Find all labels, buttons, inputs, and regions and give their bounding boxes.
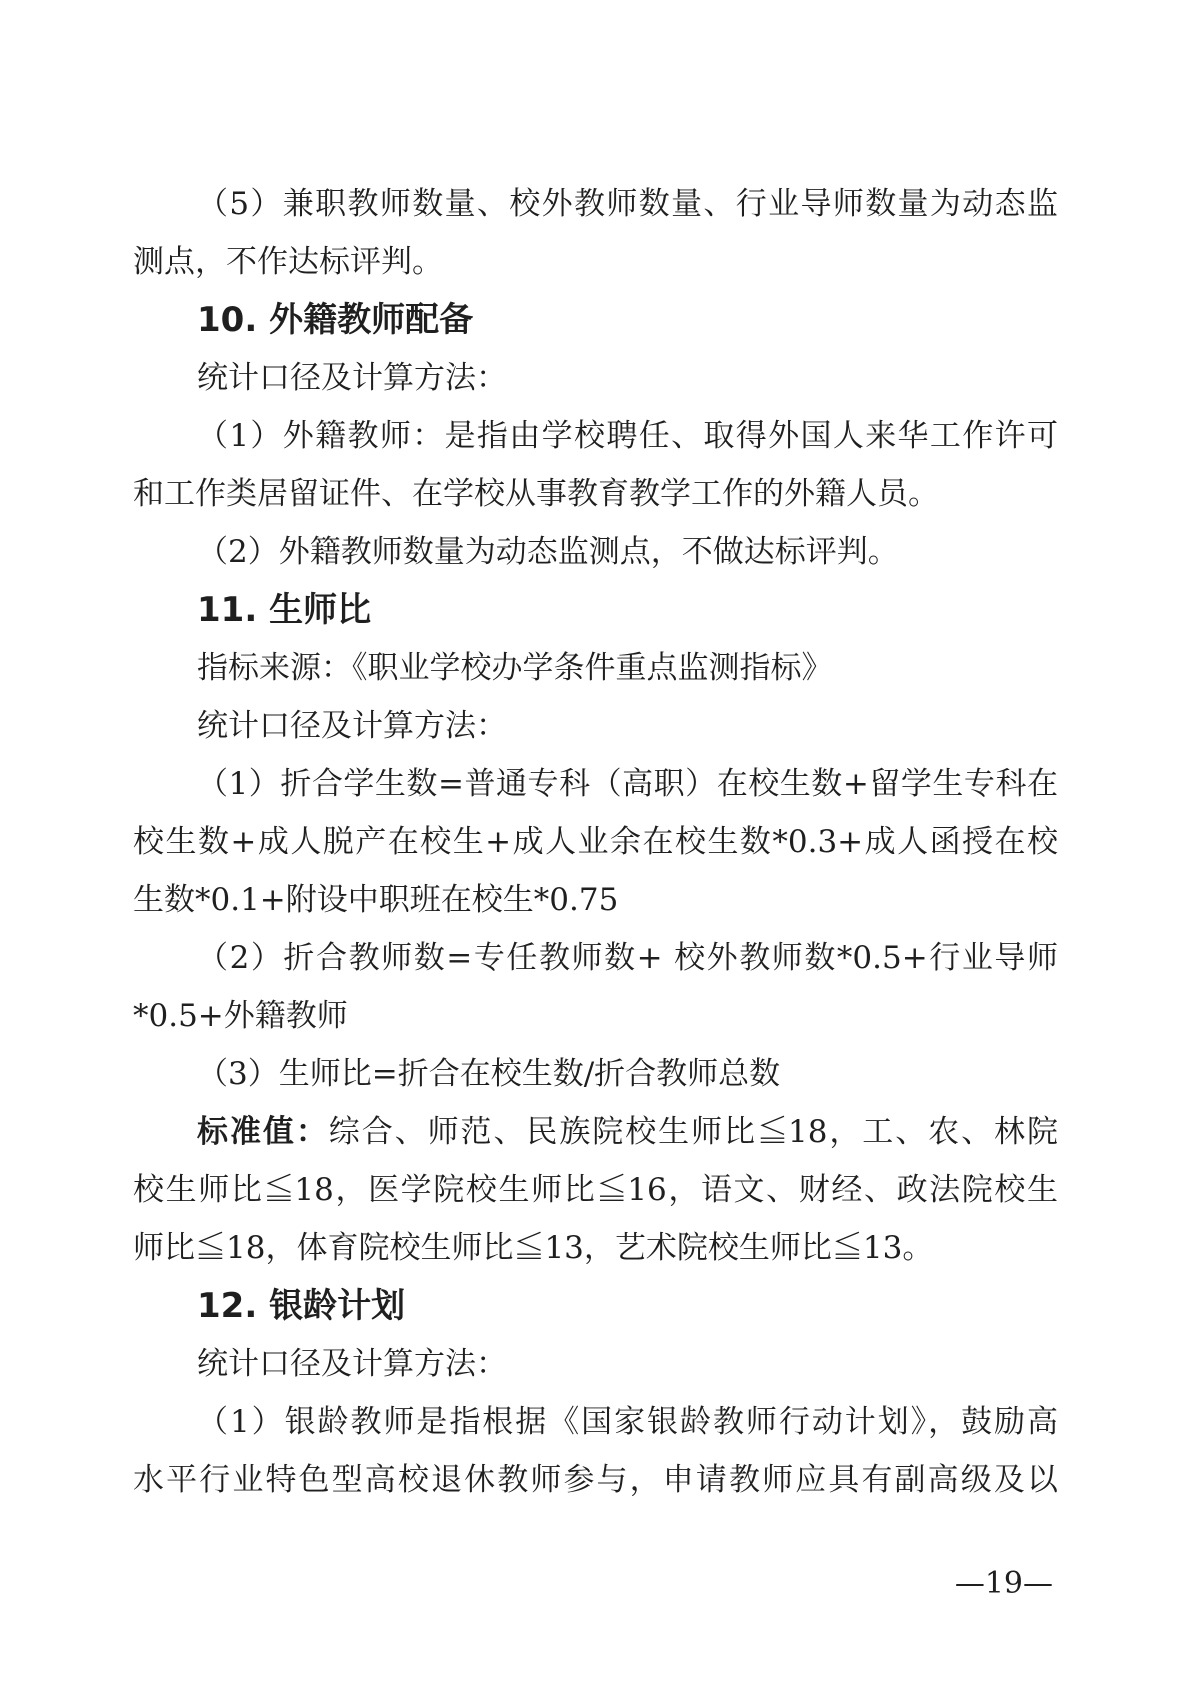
- text-line: 师比≦18，体育院校生师比≦13，艺术院校生师比≦13。: [133, 1219, 1058, 1277]
- text-line: （2）外籍教师数量为动态监测点，不做达标评判。: [133, 523, 1058, 581]
- standard-value-label: 标准值：: [197, 1114, 329, 1150]
- text-line: *0.5+外籍教师: [133, 987, 1058, 1045]
- text-line: 校生数+成人脱产在校生+成人业余在校生数*0.3+成人函授在校: [133, 813, 1058, 871]
- text-line: 统计口径及计算方法：: [133, 697, 1058, 755]
- heading-12-silver-age-plan: 12. 银龄计划: [133, 1277, 1058, 1335]
- text-line: （1）银龄教师是指根据《国家银龄教师行动计划》，鼓励高: [133, 1393, 1058, 1451]
- heading-11-student-teacher-ratio: 11. 生师比: [133, 581, 1058, 639]
- text-line: 和工作类居留证件、在学校从事教育教学工作的外籍人员。: [133, 465, 1058, 523]
- text-line: （5）兼职教师数量、校外教师数量、行业导师数量为动态监: [133, 175, 1058, 233]
- heading-10-foreign-teachers: 10. 外籍教师配备: [133, 291, 1058, 349]
- text-line: 综合、师范、民族院校生师比≦18，工、农、林院: [329, 1114, 1058, 1150]
- text-line: （1）折合学生数=普通专科（高职）在校生数+留学生专科在: [133, 755, 1058, 813]
- page-number: —19—: [133, 1566, 1053, 1602]
- document-body: （5）兼职教师数量、校外教师数量、行业导师数量为动态监 测点，不作达标评判。 1…: [133, 175, 1058, 1509]
- text-line: （1）外籍教师：是指由学校聘任、取得外国人来华工作许可: [133, 407, 1058, 465]
- text-line: （2）折合教师数=专任教师数+ 校外教师数*0.5+行业导师: [133, 929, 1058, 987]
- document-page: （5）兼职教师数量、校外教师数量、行业导师数量为动态监 测点，不作达标评判。 1…: [0, 0, 1191, 1684]
- text-line: （3）生师比=折合在校生数/折合教师总数: [133, 1045, 1058, 1103]
- text-line: 测点，不作达标评判。: [133, 233, 1058, 291]
- text-line: 统计口径及计算方法：: [133, 1335, 1058, 1393]
- text-line: 统计口径及计算方法：: [133, 349, 1058, 407]
- text-line: 标准值：综合、师范、民族院校生师比≦18，工、农、林院: [133, 1103, 1058, 1161]
- text-line: 水平行业特色型高校退休教师参与，申请教师应具有副高级及以: [133, 1451, 1058, 1509]
- text-line: 校生师比≦18，医学院校生师比≦16，语文、财经、政法院校生: [133, 1161, 1058, 1219]
- text-line: 指标来源：《职业学校办学条件重点监测指标》: [133, 639, 1058, 697]
- text-line: 生数*0.1+附设中职班在校生*0.75: [133, 871, 1058, 929]
